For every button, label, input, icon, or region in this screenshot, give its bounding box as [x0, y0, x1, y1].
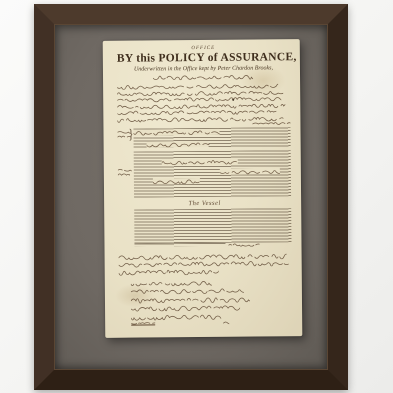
handwritten-insert [133, 129, 219, 136]
handwritten-line [252, 121, 290, 125]
clause-block-1: } [133, 127, 290, 148]
signature-block [131, 278, 292, 329]
printed-text-lines [134, 208, 291, 243]
margin-note: } [117, 130, 131, 140]
document-title: BY this POLICY of ASSURANCE, [117, 51, 290, 65]
vessel-heading: The Vessel [118, 199, 291, 208]
handwritten-insert [153, 178, 200, 184]
handwritten-insert [229, 242, 260, 246]
handwritten-insert [146, 141, 209, 148]
signature-line [131, 287, 244, 295]
handwritten-line [119, 259, 289, 267]
document-subtitle: Underwritten in the Office kept by Peter… [117, 65, 290, 73]
mat-board: OFFICE BY this POLICY of ASSURANCE, Unde… [55, 25, 327, 369]
handwritten-insert [162, 159, 237, 166]
handwritten-insert [220, 168, 280, 175]
printed-text-lines [134, 242, 225, 246]
handwritten-line [119, 267, 219, 275]
picture-frame: OFFICE BY this POLICY of ASSURANCE, Unde… [34, 4, 348, 390]
clause-block-2 [134, 150, 291, 197]
signature-line [131, 295, 250, 303]
handwritten-entry-block [117, 82, 290, 127]
signature-line [131, 313, 221, 321]
clause-block-3 [134, 208, 291, 247]
signature-line [131, 278, 212, 286]
handwritten-margin-line [118, 173, 130, 177]
handwritten-sum [131, 322, 155, 326]
handwritten-flourish [223, 321, 229, 325]
handwritten-date-line [153, 74, 253, 81]
handwritten-memo-block [119, 252, 292, 276]
handwritten-margin-line [118, 168, 132, 172]
signature-line [131, 304, 241, 312]
margin-note [118, 168, 132, 178]
policy-document: OFFICE BY this POLICY of ASSURANCE, Unde… [103, 39, 303, 338]
